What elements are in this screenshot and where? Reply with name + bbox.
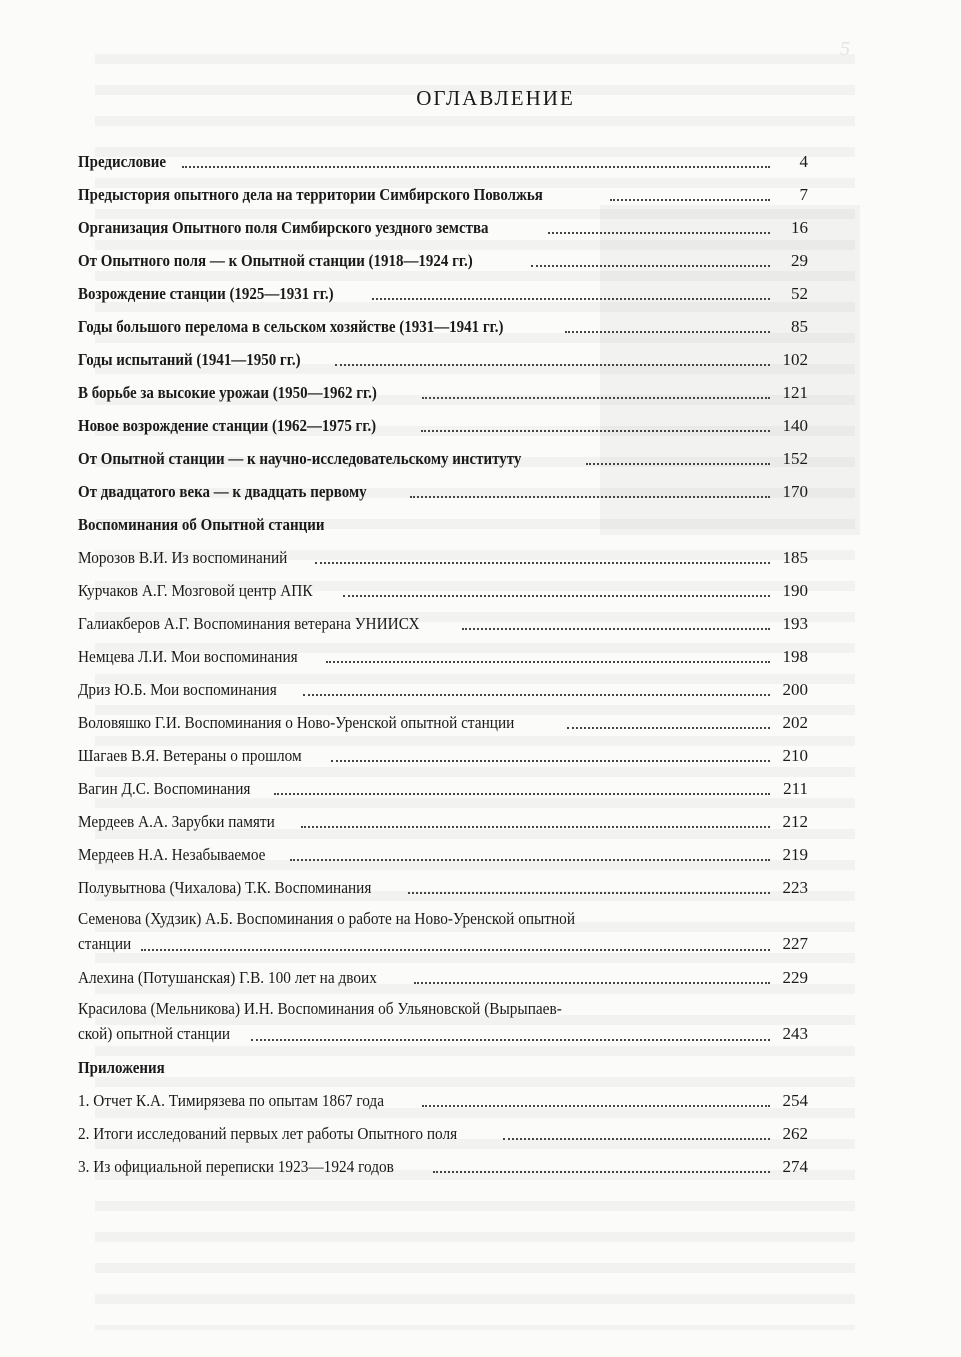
toc-entry-page: 7: [776, 184, 808, 206]
toc-entry-title: Воловяшко Г.И. Воспоминания о Ново-Уренс…: [78, 712, 514, 734]
dot-leader: [326, 651, 770, 663]
table-of-contents: Предисловие4 Предыстория опытного дела н…: [78, 140, 808, 1178]
toc-entry[interactable]: В борьбе за высокие урожаи (1950—1962 гг…: [78, 371, 808, 404]
toc-entry-title: Вагин Д.С. Воспоминания: [78, 778, 250, 800]
toc-entry-title: 1. Отчет К.А. Тимирязева по опытам 1867 …: [78, 1090, 384, 1112]
toc-entry[interactable]: Немцева Л.И. Мои воспоминания198: [78, 635, 808, 668]
toc-entry-page: 193: [776, 613, 808, 635]
toc-entry-title: Полувытнова (Чихалова) Т.К. Воспоминания: [78, 877, 371, 899]
toc-entry[interactable]: 1. Отчет К.А. Тимирязева по опытам 1867 …: [78, 1079, 808, 1112]
toc-entry-page: 185: [776, 547, 808, 569]
toc-entry[interactable]: Мердеев Н.А. Незабываемое219: [78, 833, 808, 866]
toc-entry-title-line2: станции: [78, 932, 131, 956]
toc-entry[interactable]: От двадцатого века — к двадцать первому1…: [78, 470, 808, 503]
toc-entry-page: 274: [776, 1156, 808, 1178]
dot-leader: [182, 156, 770, 168]
toc-entry-title: Организация Опытного поля Симбирского уе…: [78, 217, 489, 239]
toc-entry-page: 102: [776, 349, 808, 371]
toc-entry-page: 121: [776, 382, 808, 404]
toc-entry[interactable]: Семенова (Худзик) А.Б. Воспоминания о ра…: [78, 899, 808, 956]
dot-leader: [414, 972, 770, 984]
toc-entry-page: 229: [776, 967, 808, 989]
toc-entry-title: 3. Из официальной переписки 1923—1924 го…: [78, 1156, 394, 1178]
toc-entry[interactable]: Мердеев А.А. Зарубки памяти212: [78, 800, 808, 833]
toc-entry-title: Предыстория опытного дела на территории …: [78, 184, 543, 206]
toc-entry-page: 140: [776, 415, 808, 437]
toc-entry-page: 200: [776, 679, 808, 701]
toc-entry-page: 170: [776, 481, 808, 503]
dot-leader: [433, 1161, 770, 1173]
section-heading-appendices: Приложения: [78, 1046, 808, 1079]
dot-leader: [274, 783, 770, 795]
dot-leader: [301, 816, 770, 828]
toc-entry[interactable]: 2. Итоги исследований первых лет работы …: [78, 1112, 808, 1145]
dot-leader: [567, 717, 770, 729]
toc-entry-title: Алехина (Потушанская) Г.В. 100 лет на дв…: [78, 967, 377, 989]
toc-entry[interactable]: Возрождение станции (1925—1931 гг.)52: [78, 272, 808, 305]
dot-leader: [303, 684, 770, 696]
toc-entry[interactable]: Воловяшко Г.И. Воспоминания о Ново-Уренс…: [78, 701, 808, 734]
dot-leader: [251, 1029, 770, 1041]
toc-entry-title: Галиакберов А.Г. Воспоминания ветерана У…: [78, 613, 420, 635]
bleed-through-page-number: 5: [840, 38, 850, 61]
toc-entry-title: От двадцатого века — к двадцать первому: [78, 481, 367, 503]
toc-entry-page: 85: [776, 316, 808, 338]
toc-entry-title: Мердеев Н.А. Незабываемое: [78, 844, 265, 866]
dot-leader: [290, 849, 770, 861]
toc-entry-page: 4: [776, 151, 808, 173]
toc-entry-page: 227: [776, 932, 808, 956]
toc-entry[interactable]: Организация Опытного поля Симбирского уе…: [78, 206, 808, 239]
toc-entry-title: Возрождение станции (1925—1931 гг.): [78, 283, 334, 305]
toc-entry-title: 2. Итоги исследований первых лет работы …: [78, 1123, 457, 1145]
toc-entry[interactable]: Курчаков А.Г. Мозговой центр АПК190: [78, 569, 808, 602]
toc-entry[interactable]: Дриз Ю.Б. Мои воспоминания200: [78, 668, 808, 701]
dot-leader: [586, 453, 770, 465]
toc-entry-title: Курчаков А.Г. Мозговой центр АПК: [78, 580, 313, 602]
section-heading-text: Воспоминания об Опытной станции: [78, 514, 324, 536]
toc-entry-page: 198: [776, 646, 808, 668]
toc-entry-title: Мердеев А.А. Зарубки памяти: [78, 811, 275, 833]
page-title: ОГЛАВЛЕНИЕ: [0, 86, 961, 111]
toc-entry-title: Новое возрождение станции (1962—1975 гг.…: [78, 415, 376, 437]
dot-leader: [421, 420, 770, 432]
dot-leader: [462, 618, 770, 630]
dot-leader: [315, 552, 770, 564]
toc-entry[interactable]: Галиакберов А.Г. Воспоминания ветерана У…: [78, 602, 808, 635]
toc-entry-page: 152: [776, 448, 808, 470]
toc-entry-page: 254: [776, 1090, 808, 1112]
toc-entry[interactable]: Годы большого перелома в сельском хозяйс…: [78, 305, 808, 338]
toc-entry-page: 16: [776, 217, 808, 239]
toc-entry[interactable]: От Опытного поля — к Опытной станции (19…: [78, 239, 808, 272]
toc-entry-title-line1: Красилова (Мельникова) И.Н. Воспоминания…: [78, 996, 735, 1022]
dot-leader: [335, 354, 770, 366]
toc-entry-title-line2: ской) опытной станции: [78, 1022, 230, 1046]
toc-entry-page: 202: [776, 712, 808, 734]
toc-entry-title-line1: Семенова (Худзик) А.Б. Воспоминания о ра…: [78, 906, 735, 932]
toc-entry[interactable]: Годы испытаний (1941—1950 гг.)102: [78, 338, 808, 371]
toc-entry-page: 211: [776, 778, 808, 800]
toc-entry-title: Шагаев В.Я. Ветераны о прошлом: [78, 745, 302, 767]
toc-entry-title: В борьбе за высокие урожаи (1950—1962 гг…: [78, 382, 377, 404]
toc-entry-page: 262: [776, 1123, 808, 1145]
toc-entry[interactable]: Морозов В.И. Из воспоминаний185: [78, 536, 808, 569]
dot-leader: [565, 321, 770, 333]
toc-entry-title: Предисловие: [78, 151, 166, 173]
toc-entry-page: 190: [776, 580, 808, 602]
dot-leader: [422, 387, 770, 399]
dot-leader: [422, 1095, 770, 1107]
toc-entry-page: 243: [776, 1022, 808, 1046]
toc-entry[interactable]: Полувытнова (Чихалова) Т.К. Воспоминания…: [78, 866, 808, 899]
toc-entry[interactable]: Алехина (Потушанская) Г.В. 100 лет на дв…: [78, 956, 808, 989]
toc-entry[interactable]: 3. Из официальной переписки 1923—1924 го…: [78, 1145, 808, 1178]
toc-entry-page: 29: [776, 250, 808, 272]
toc-entry[interactable]: Предисловие4: [78, 140, 808, 173]
toc-entry-title: Немцева Л.И. Мои воспоминания: [78, 646, 298, 668]
toc-entry-title: Дриз Ю.Б. Мои воспоминания: [78, 679, 277, 701]
dot-leader: [503, 1128, 770, 1140]
toc-entry-title: Годы большого перелома в сельском хозяйс…: [78, 316, 503, 338]
dot-leader: [331, 750, 771, 762]
dot-leader: [372, 288, 770, 300]
toc-entry-page: 212: [776, 811, 808, 833]
section-heading-memoirs: Воспоминания об Опытной станции: [78, 503, 808, 536]
dot-leader: [548, 222, 770, 234]
toc-entry-title: Морозов В.И. Из воспоминаний: [78, 547, 287, 569]
toc-entry-page: 210: [776, 745, 808, 767]
dot-leader: [343, 585, 770, 597]
dot-leader: [410, 486, 770, 498]
toc-entry-page: 52: [776, 283, 808, 305]
toc-entry-title: От Опытного поля — к Опытной станции (19…: [78, 250, 473, 272]
toc-entry[interactable]: Новое возрождение станции (1962—1975 гг.…: [78, 404, 808, 437]
toc-entry[interactable]: От Опытной станции — к научно-исследоват…: [78, 437, 808, 470]
toc-entry[interactable]: Красилова (Мельникова) И.Н. Воспоминания…: [78, 989, 808, 1046]
toc-entry-page: 219: [776, 844, 808, 866]
dot-leader: [408, 882, 770, 894]
toc-entry[interactable]: Вагин Д.С. Воспоминания211: [78, 767, 808, 800]
toc-entry-title: Годы испытаний (1941—1950 гг.): [78, 349, 301, 371]
toc-entry-title: От Опытной станции — к научно-исследоват…: [78, 448, 521, 470]
dot-leader: [141, 939, 770, 951]
dot-leader: [610, 189, 770, 201]
section-heading-text: Приложения: [78, 1057, 165, 1079]
dot-leader: [531, 255, 770, 267]
toc-entry[interactable]: Шагаев В.Я. Ветераны о прошлом210: [78, 734, 808, 767]
toc-entry[interactable]: Предыстория опытного дела на территории …: [78, 173, 808, 206]
toc-entry-page: 223: [776, 877, 808, 899]
